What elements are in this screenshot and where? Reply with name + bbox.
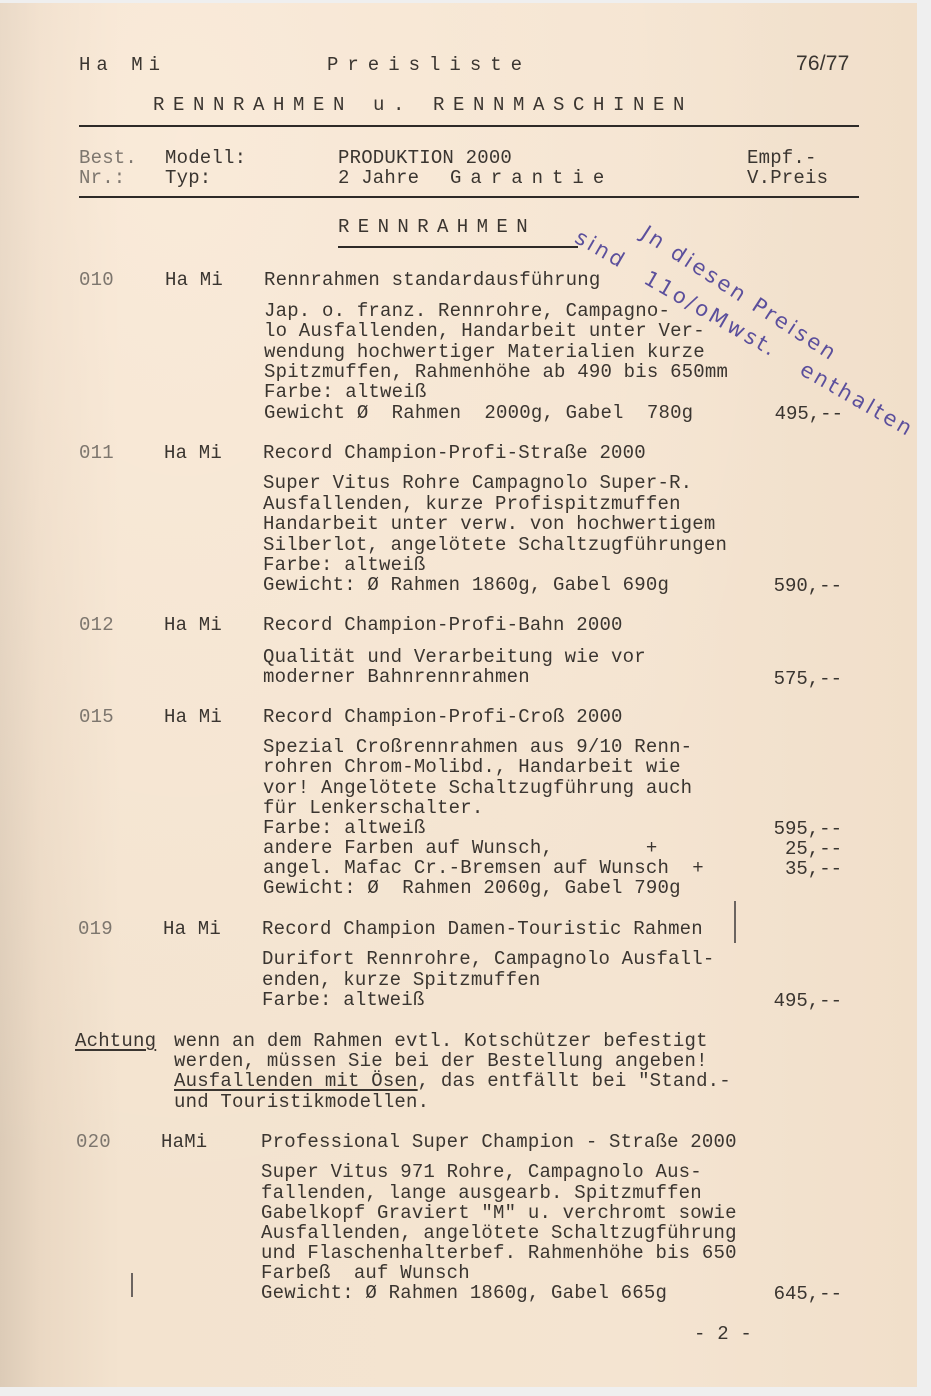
item-title: Record Champion-Profi-Croß 2000 [263, 707, 623, 727]
item-line: enden, kurze Spitzmuffen [262, 970, 540, 990]
page-number: - 2 - [694, 1324, 752, 1344]
item-line: andere Farben auf Wunsch, + [263, 838, 657, 858]
item-line: und Flaschenhalterbef. Rahmenhöhe bis 65… [261, 1243, 737, 1263]
item-price: 595,-- [752, 818, 842, 840]
item-surcharge-colors: 25,-- [752, 838, 842, 860]
item-price: 495,-- [753, 403, 843, 425]
item-nr: 012 [79, 615, 114, 635]
pencil-mark [734, 901, 736, 943]
item-line: Farbe: altweiß [264, 382, 426, 402]
item-line: Ausfallenden, kurze Profispitzmuffen [263, 494, 681, 514]
item-line: Jap. o. franz. Rennrohre, Campagno- [264, 301, 670, 321]
item-title: Record Champion Damen-Touristic Rahmen [262, 919, 703, 939]
col-nr-line2: Nr.: [79, 168, 125, 188]
pencil-mark [131, 1273, 133, 1297]
item-model: HaMi [161, 1132, 207, 1152]
item-line: für Lenkerschalter. [263, 798, 483, 818]
vat-stamp-line2: sind [571, 225, 631, 273]
item-nr: 010 [79, 270, 114, 290]
col-model-line2: Typ: [165, 168, 211, 188]
item-surcharge-brakes: 35,-- [752, 858, 842, 880]
item-title: Record Champion-Profi-Straße 2000 [263, 443, 646, 463]
col-price-line1: Empf.- [747, 148, 817, 168]
item-line: Gewicht Ø Rahmen 2000g, Gabel 780g [264, 403, 693, 423]
item-line: Ausfallenden, angelötete Schaltzugführun… [261, 1223, 737, 1243]
item-line: angel. Mafac Cr.-Bremsen auf Wunsch + [263, 858, 704, 878]
price-list-page: Ha Mi Preisliste 76/77 RENNRAHMEN u. REN… [0, 3, 917, 1387]
notice-line: wenn an dem Rahmen evtl. Kotschützer bef… [174, 1031, 708, 1051]
item-nr: 020 [76, 1132, 111, 1152]
notice-line: werden, müssen Sie bei der Bestellung an… [174, 1051, 708, 1071]
item-price: 575,-- [752, 668, 842, 690]
item-line: Silberlot, angelötete Schaltzugführungen [263, 535, 727, 555]
item-line: Super Vitus Rohre Campagnolo Super-R. [263, 473, 692, 493]
item-price: 495,-- [752, 990, 842, 1012]
item-line: Farbe: altweiß [262, 990, 424, 1010]
col-price-line2: V.Preis [747, 168, 828, 188]
item-model: Ha Mi [164, 615, 222, 635]
item-line: Qualität und Verarbeitung wie vor [263, 647, 646, 667]
item-model: Ha Mi [165, 270, 223, 290]
document-subtitle: RENNRAHMEN u. RENNMASCHINEN [153, 95, 693, 115]
item-line: moderner Bahnrennrahmen [263, 667, 530, 687]
item-price: 645,-- [752, 1283, 842, 1305]
notice-line: und Touristikmodellen. [174, 1092, 429, 1112]
item-nr: 019 [78, 919, 113, 939]
item-line: Farbeß auf Wunsch [261, 1263, 470, 1283]
item-line: Gewicht: Ø Rahmen 1860g, Gabel 690g [263, 575, 669, 595]
item-line: fallenden, lange ausgearb. Spitzmuffen [261, 1183, 702, 1203]
item-line: Gewicht: Ø Rahmen 2060g, Gabel 790g [263, 878, 681, 898]
section-title-underline [338, 246, 578, 248]
season-label: 76/77 [796, 54, 850, 74]
item-model: Ha Mi [164, 707, 222, 727]
item-price: 590,-- [752, 575, 842, 597]
item-line: vor! Angelötete Schaltzugführung auch [263, 778, 692, 798]
item-line: Handarbeit unter verw. von hochwertigem [263, 514, 715, 534]
vat-stamp-line4: enthalten [796, 357, 919, 442]
item-title: Rennrahmen standardausführung [264, 270, 600, 290]
notice-label: Achtung [75, 1031, 156, 1051]
header-rule-bottom [79, 196, 859, 198]
section-title: RENNRAHMEN [338, 217, 536, 237]
document-title: Preisliste [327, 55, 531, 75]
notice-line: Ausfallenden mit Ösen, das entfällt bei … [174, 1071, 731, 1091]
item-model: Ha Mi [163, 919, 221, 939]
item-line: Gabelkopf Graviert "M" u. verchromt sowi… [261, 1203, 737, 1223]
item-line: Durifort Rennrohre, Campagnolo Ausfall- [262, 949, 714, 969]
col-warranty-a: 2 Jahre [338, 168, 419, 188]
col-production: PRODUKTION 2000 [338, 148, 512, 168]
item-line: Gewicht: Ø Rahmen 1860g, Gabel 665g [261, 1283, 667, 1303]
item-title: Record Champion-Profi-Bahn 2000 [263, 615, 623, 635]
item-line: rohren Chrom-Molibd., Handarbeit wie [263, 757, 681, 777]
item-title: Professional Super Champion - Straße 200… [261, 1132, 737, 1152]
item-line: Spitzmuffen, Rahmenhöhe ab 490 bis 650mm [264, 362, 728, 382]
item-line: wendung hochwertiger Materialien kurze [264, 342, 705, 362]
notice-line-rest: , das entfällt bei "Stand.- [418, 1070, 731, 1092]
col-model-line1: Modell: [165, 148, 246, 168]
col-warranty-b: Garantie [450, 168, 613, 188]
notice-emphasis: Ausfallenden mit Ösen [174, 1070, 418, 1092]
item-line: lo Ausfallenden, Handarbeit unter Ver- [264, 321, 705, 341]
item-model: Ha Mi [164, 443, 222, 463]
item-line: Farbe: altweiß [263, 818, 425, 838]
item-line: Spezial Croßrennrahmen aus 9/10 Renn- [263, 737, 692, 757]
company-name: Ha Mi [79, 55, 166, 75]
col-nr-line1: Best. [79, 148, 137, 168]
item-nr: 011 [79, 443, 114, 463]
header-rule-top [79, 125, 859, 127]
item-line: Farbe: altweiß [263, 555, 425, 575]
item-line: Super Vitus 971 Rohre, Campagnolo Aus- [261, 1162, 702, 1182]
item-nr: 015 [79, 707, 114, 727]
